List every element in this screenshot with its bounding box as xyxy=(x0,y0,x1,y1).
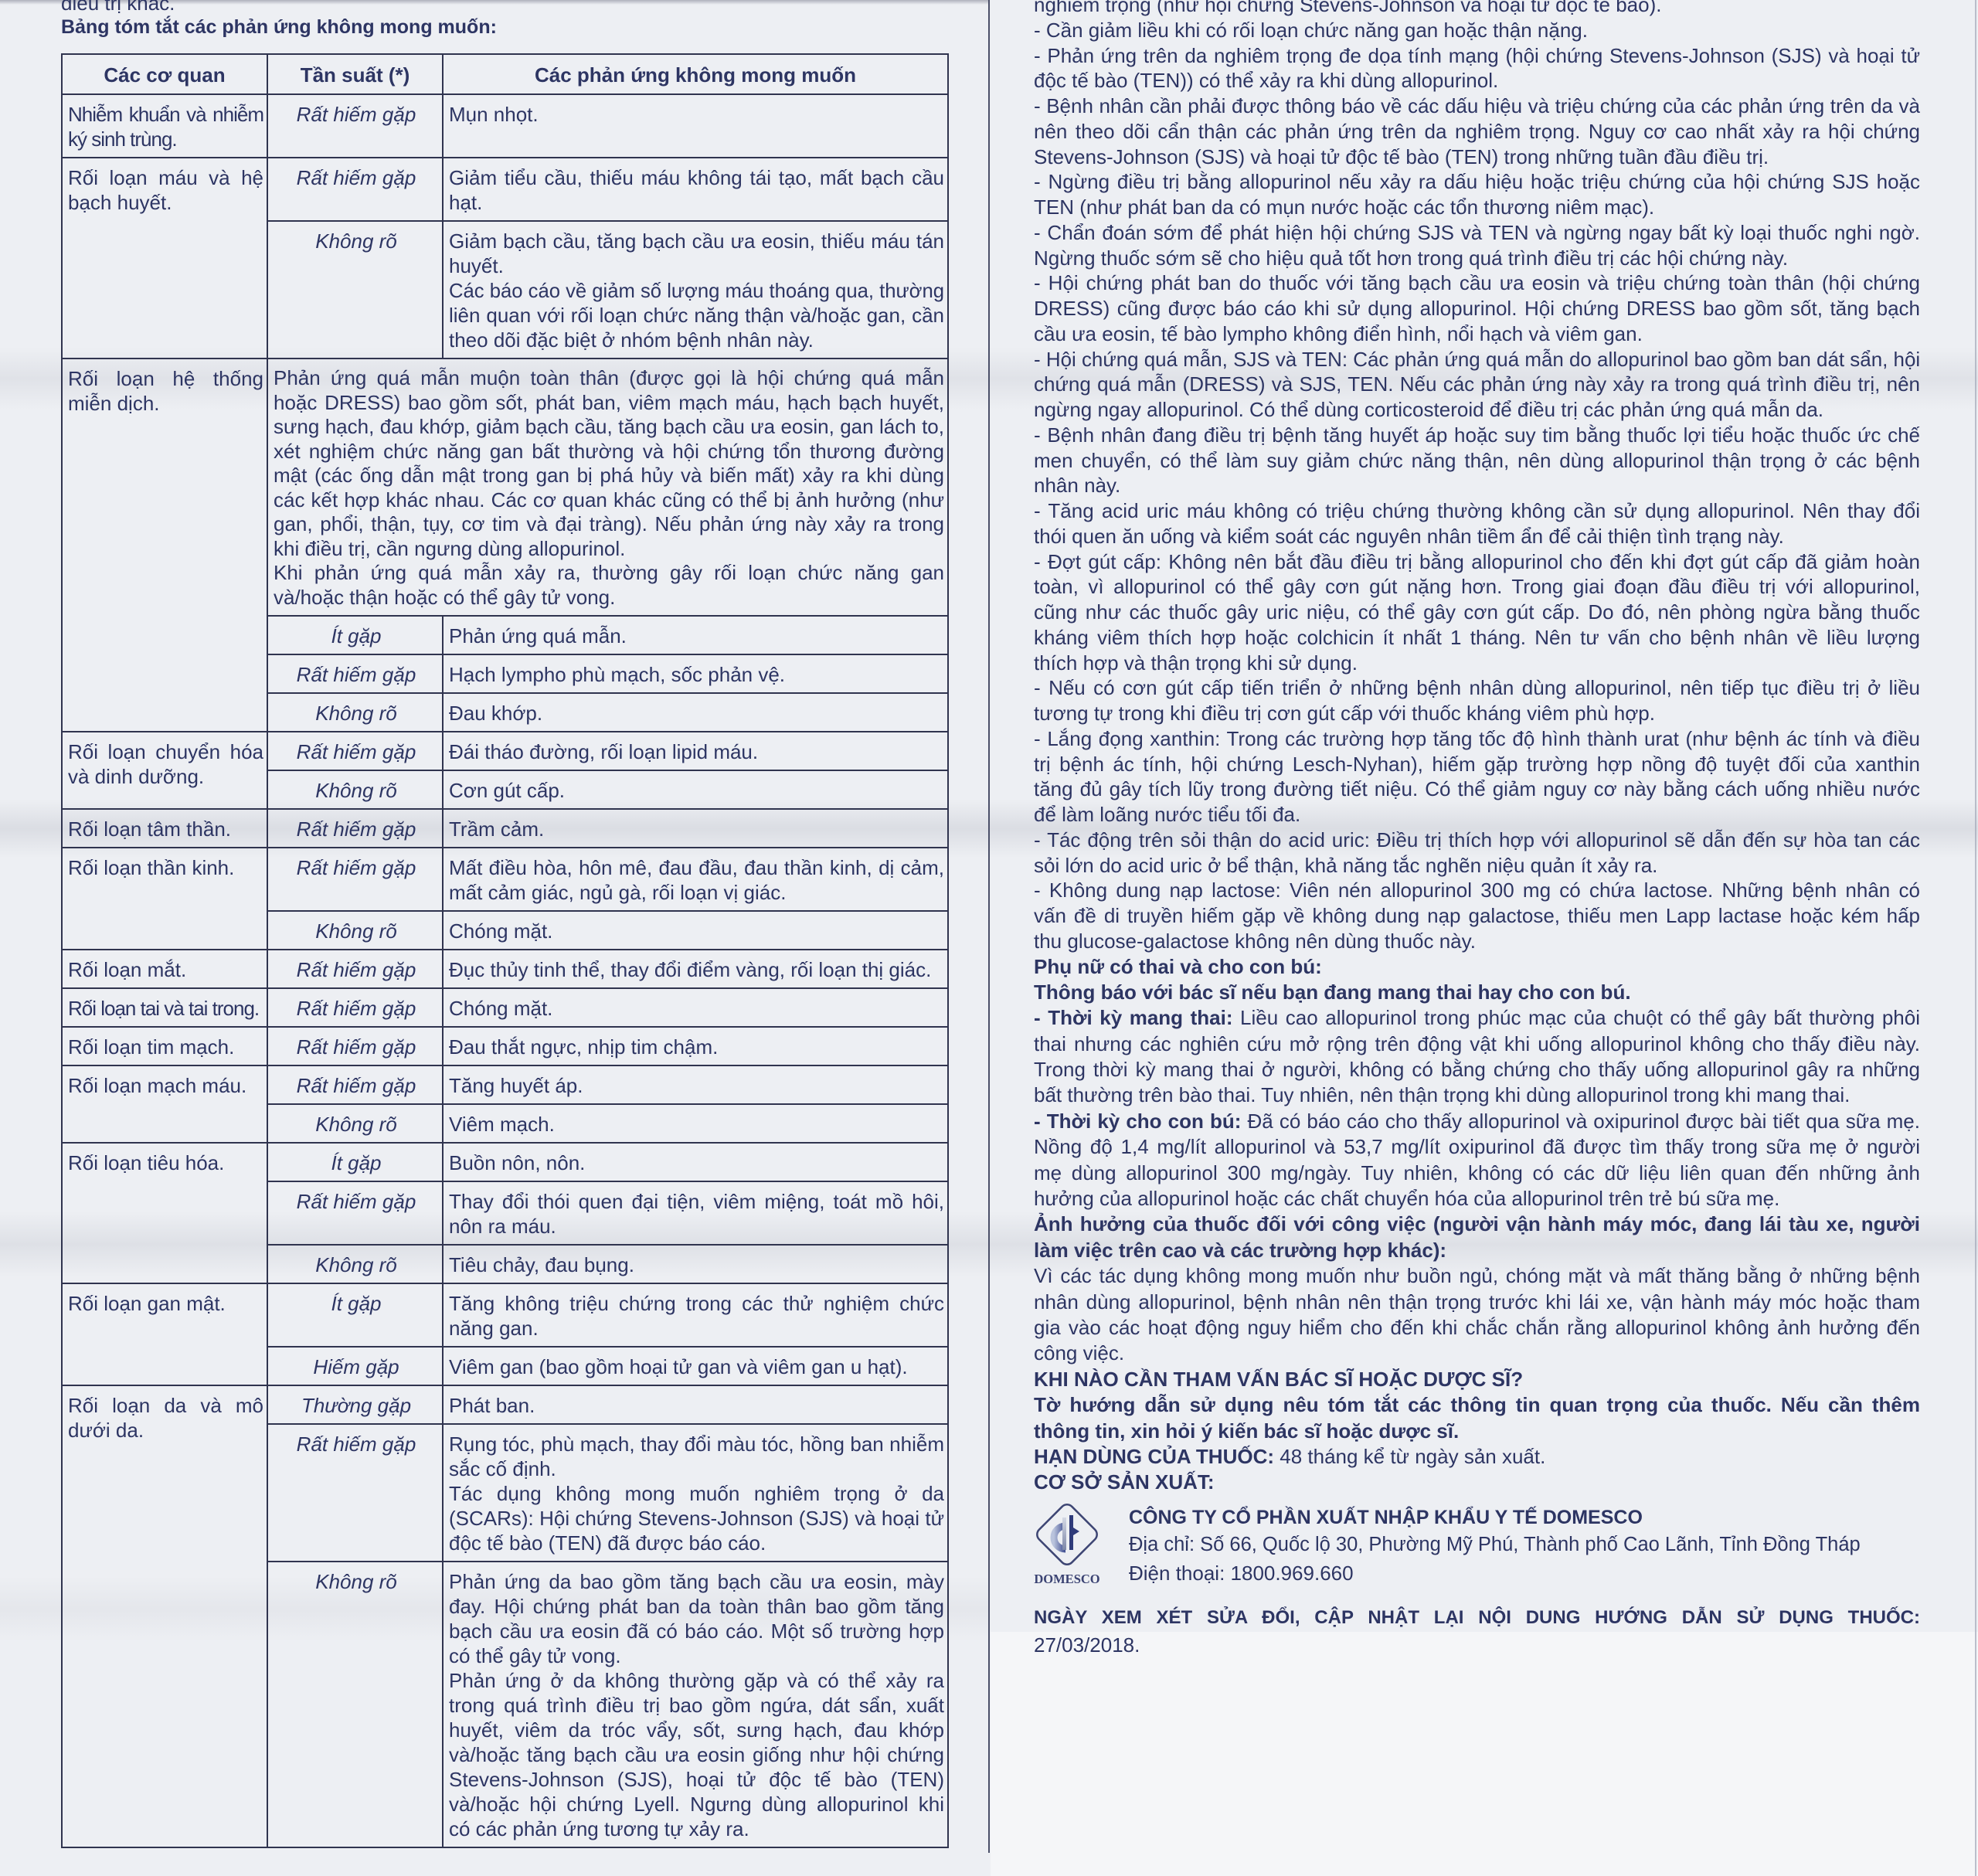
frequency-cell: Rất hiếm gặp xyxy=(267,809,443,848)
table-row: Rối loạn hệ thống miễn dịch. Phản ứng qu… xyxy=(62,359,948,616)
consultation-heading: KHI NÀO CẦN THAM VẤN BÁC SĨ HOẶC DƯỢC SĨ… xyxy=(1034,1367,1920,1392)
frequency-cell: Không rõ xyxy=(267,911,443,950)
text-line: kháng viêm thích hợp hoặc colchicin ít n… xyxy=(1034,625,1920,651)
reaction-line: các kết hợp khác nhau. Các cơ quan khác … xyxy=(274,488,944,513)
organ-cell: Rối loạn thần kinh. xyxy=(62,848,267,950)
company-address: Địa chỉ: Số 66, Quốc lộ 30, Phường Mỹ Ph… xyxy=(1129,1532,1861,1558)
paragraph: Vì các tác dụng không mong muốn như buồn… xyxy=(1034,1263,1920,1367)
text-line: nên theo dõi cẩn thận các phản ứng trên … xyxy=(1034,119,1920,144)
reaction-line: Giảm tiểu cầu, thiếu máu không tái tạo, … xyxy=(449,165,944,190)
reaction-cell: Tăng không triệu chứng trong các thử ngh… xyxy=(443,1283,948,1347)
frequency-label: Thường gặp xyxy=(301,1394,411,1417)
revision-date-label: NGÀY XEM XÉT SỬA ĐỔI, CẬP NHẬT LẠI NỘI D… xyxy=(1034,1605,1920,1630)
paragraph: - Lắng đọng xanthin: Trong các trường hợ… xyxy=(1034,726,1920,828)
paragraph: - Đợt gút cấp: Không nên bắt đầu điều tr… xyxy=(1034,549,1920,676)
organ-cell: Rối loạn chuyển hóa và dinh dưỡng. xyxy=(62,732,267,809)
organ-name: Rối loạn gan mật. xyxy=(68,1291,263,1316)
frequency-label: Rất hiếm gặp xyxy=(297,1190,416,1213)
frequency-label: Rất hiếm gặp xyxy=(297,817,416,841)
table-row: Rối loạn gan mật. Ít gặp Tăng không triệ… xyxy=(62,1283,948,1347)
text-line: - Thời kỳ mang thai: Liều cao allopurino… xyxy=(1034,1005,1920,1031)
pregnancy-section: Phụ nữ có thai và cho con bú: Thông báo … xyxy=(1034,954,1920,1496)
reaction-line: liên quan với rối loạn chức năng thận và… xyxy=(449,303,944,328)
reaction-line: sưng hạch, đau khớp, giảm bạch cầu, tăng… xyxy=(274,415,944,440)
reaction-line: Mụn nhọt. xyxy=(449,102,944,127)
reaction-line: Chóng mặt. xyxy=(449,996,944,1021)
frequency-label: Không rõ xyxy=(315,229,397,253)
text-line: cũng như các thuốc gây uric niệu, có thể… xyxy=(1034,600,1920,625)
table-title: Bảng tóm tắt các phản ứng không mong muố… xyxy=(61,15,497,40)
table-row: Rối loạn mắt. Rất hiếm gặp Đục thủy tinh… xyxy=(62,950,948,988)
reaction-line: Tăng huyết áp. xyxy=(449,1073,944,1098)
reaction-line: Stevens-Johnson (SJS), hoại tử độc tế bà… xyxy=(449,1767,944,1792)
reaction-line: gan, phổi, thận, tụy, cơ tim và đại tràn… xyxy=(274,512,944,537)
pregnancy-notice: Thông báo với bác sĩ nếu bạn đang mang t… xyxy=(1034,980,1920,1005)
manufacturer-heading: CƠ SỞ SẢN XUẤT: xyxy=(1034,1470,1920,1495)
frequency-label: Không rõ xyxy=(315,702,397,725)
frequency-cell: Không rõ xyxy=(267,693,443,732)
frequency-label: Không rõ xyxy=(315,1113,397,1136)
text-line: Stevens-Johnson (SJS) và hoại tử độc tế … xyxy=(1034,144,1920,170)
pregnancy-heading: Phụ nữ có thai và cho con bú: xyxy=(1034,954,1920,980)
table-row: Rối loạn tai và tai trong. Rất hiếm gặp … xyxy=(62,988,948,1027)
frequency-cell: Rất hiếm gặp xyxy=(267,158,443,221)
organ-cell: Rối loạn da và mô dưới da. xyxy=(62,1385,267,1847)
reaction-cell: Rụng tóc, phù mạch, thay đổi màu tóc, hồ… xyxy=(443,1424,948,1562)
reaction-cell: Viêm mạch. xyxy=(443,1104,948,1143)
shelf-life-label: HẠN DÙNG CỦA THUỐC: xyxy=(1034,1445,1274,1468)
shelf-life: HẠN DÙNG CỦA THUỐC: 48 tháng kể từ ngày … xyxy=(1034,1444,1920,1470)
text-line: nghiêm trọng (như hội chứng Stevens-John… xyxy=(1034,0,1920,18)
paragraph: - Bệnh nhân cần phải được thông báo về c… xyxy=(1034,93,1920,169)
header-organ: Các cơ quan xyxy=(62,54,267,94)
reaction-line: Các báo cáo về giảm số lượng máu thoáng … xyxy=(449,278,937,303)
reaction-cell: Giảm bạch cầu, tăng bạch cầu ưa eosin, t… xyxy=(443,221,948,359)
organ-cell: Rối loạn tim mạch. xyxy=(62,1027,267,1065)
reaction-line: độc tế bào (TEN) đã được báo cáo. xyxy=(449,1531,944,1555)
reaction-line: huyết, viêm da tróc vẩy, sốt, sưng hạch,… xyxy=(449,1718,944,1742)
reaction-line: Chóng mặt. xyxy=(449,919,944,943)
paragraph: - Bệnh nhân đang điều trị bệnh tăng huyế… xyxy=(1034,423,1920,498)
reaction-cell-wide: Phản ứng quá mẫn muộn toàn thân (được gọ… xyxy=(267,359,948,616)
frequency-cell: Hiếm gặp xyxy=(267,1347,443,1385)
organ-cell: Rối loạn mạch máu. xyxy=(62,1065,267,1143)
text-line: - Nếu có cơn gút cấp tiến triển ở những … xyxy=(1034,675,1920,701)
frequency-label: Rất hiếm gặp xyxy=(297,103,416,126)
frequency-label: Rất hiếm gặp xyxy=(297,1432,416,1456)
reaction-line: Buồn nôn, nôn. xyxy=(449,1150,944,1175)
frequency-cell: Ít gặp xyxy=(267,616,443,654)
text-run: Đã có báo cáo cho thấy allopurinol và ox… xyxy=(1247,1110,1920,1133)
table-row: Rối loạn máu và hệ bạch huyết. Rất hiếm … xyxy=(62,158,948,221)
reaction-line: Cơn gút cấp. xyxy=(449,778,944,803)
reaction-line: Khi phản ứng quá mẫn xảy ra, thường gây … xyxy=(274,561,944,586)
header-frequency: Tần suất (*) xyxy=(267,54,443,94)
frequency-cell: Không rõ xyxy=(267,1562,443,1847)
table-row: Nhiễm khuẩn và nhiễm ký sinh trùng. Rất … xyxy=(62,94,948,158)
reaction-line: Phản ứng quá mẫn. xyxy=(449,624,944,648)
left-column: điều trị khác. Bảng tóm tắt các phản ứng… xyxy=(61,0,947,1876)
precautions-section: nghiêm trọng (như hội chứng Stevens-John… xyxy=(1034,0,1920,954)
reaction-line: Đau thắt ngực, nhịp tim chậm. xyxy=(449,1035,944,1059)
reaction-cell: Phát ban. xyxy=(443,1385,948,1424)
reaction-cell: Giảm tiểu cầu, thiếu máu không tái tạo, … xyxy=(443,158,948,221)
text-line: thai nhưng các nghiên cứu mở rộng trên đ… xyxy=(1034,1031,1920,1057)
reaction-line: và/hoặc thận hoặc có thể gây tử vong. xyxy=(274,586,944,610)
reaction-cell: Phản ứng quá mẫn. xyxy=(443,616,948,654)
organ-cell: Rối loạn máu và hệ bạch huyết. xyxy=(62,158,267,359)
reaction-line: (SCARs): Hội chứng Stevens-Johnson (SJS)… xyxy=(449,1506,944,1531)
frequency-label: Rất hiếm gặp xyxy=(297,856,416,879)
text-line: - Chẩn đoán sớm để phát hiện hội chứng S… xyxy=(1034,220,1920,246)
reaction-line: Đau khớp. xyxy=(449,701,944,726)
text-line: TEN (như phát ban da có mụn nước hoặc cá… xyxy=(1034,195,1920,220)
reaction-line: Phát ban. xyxy=(449,1393,944,1418)
reaction-line: xét nghiệm chức năng gan bất thường và h… xyxy=(274,440,944,464)
reaction-cell: Tiêu chảy, đau bụng. xyxy=(443,1245,948,1283)
text-line: - Hội chứng quá mẫn, SJS và TEN: Các phả… xyxy=(1034,347,1918,372)
text-line: nhân này. xyxy=(1034,473,1920,498)
logo-wordmark: DOMESCO xyxy=(1034,1572,1099,1586)
organ-name: Rối loạn mạch máu. xyxy=(68,1073,263,1098)
reaction-cell: Chóng mặt. xyxy=(443,988,948,1027)
paragraph: - Thời kỳ cho con bú: Đã có báo cáo cho … xyxy=(1034,1109,1920,1212)
text-line: cầu ưa eosin, tế bào lympho không điển h… xyxy=(1034,321,1920,347)
text-line: độc tế bào (TEN)) có thể xảy ra khi dùng… xyxy=(1034,68,1920,93)
work-effects-heading: làm việc trên cao và các trường hợp khác… xyxy=(1034,1238,1920,1263)
frequency-cell: Rất hiếm gặp xyxy=(267,94,443,158)
text-line: DRESS) cũng được báo cáo khi sử dụng all… xyxy=(1034,296,1920,321)
paragraph: - Nếu có cơn gút cấp tiến triển ở những … xyxy=(1034,675,1920,726)
text-line: Nồng độ 1,4 mg/lít allopurinol và 53,7 m… xyxy=(1034,1134,1920,1160)
reaction-line: năng gan. xyxy=(449,1316,944,1341)
text-line: tương tự trong khi điều trị cơn gút cấp … xyxy=(1034,701,1920,726)
paragraph: - Ngừng điều trị bằng allopurinol nếu xả… xyxy=(1034,169,1920,220)
text-line: vấn đề di truyền hiếm gặp về không dung … xyxy=(1034,903,1920,929)
frequency-cell: Rất hiếm gặp xyxy=(267,1027,443,1065)
organ-name: Rối loạn tiêu hóa. xyxy=(68,1150,263,1175)
text-line: toàn, vì allopurinol có thể gây cơn gút … xyxy=(1034,574,1920,600)
table-header-row: Các cơ quan Tần suất (*) Các phản ứng kh… xyxy=(62,54,948,94)
frequency-cell: Không rõ xyxy=(267,770,443,809)
column-divider xyxy=(988,0,990,1853)
reaction-line: theo dõi đặc biệt ở nhóm bệnh nhân này. xyxy=(449,328,944,352)
reaction-line: và/hoặc tăng bạch cầu ưa eosin giống như… xyxy=(449,1742,944,1767)
text-line: - Tác động trên sỏi thận do acid uric: Đ… xyxy=(1034,828,1920,853)
frequency-cell: Rất hiếm gặp xyxy=(267,1181,443,1245)
reaction-line: Mất điều hòa, hôn mê, đau đầu, đau thần … xyxy=(449,855,944,880)
organ-name: Rối loạn máu và hệ bạch huyết. xyxy=(68,165,263,215)
reaction-cell: Đau khớp. xyxy=(443,693,948,732)
text-line: trị bệnh ác tính, hội chứng Lesch-Nyhan)… xyxy=(1034,752,1920,777)
text-line: - Tăng acid uric máu không có triệu chứn… xyxy=(1034,498,1920,524)
reaction-line: huyết. xyxy=(449,253,944,278)
text-line: Trong thời kỳ mang thai ở người, không c… xyxy=(1034,1057,1920,1082)
reaction-line: Tiêu chảy, đau bụng. xyxy=(449,1252,944,1277)
frequency-label: Rất hiếm gặp xyxy=(297,740,416,763)
reaction-line: Phản ứng quá mẫn muộn toàn thân (được gọ… xyxy=(274,366,944,391)
organ-name: Nhiễm khuẩn và nhiễm ký sinh trùng. xyxy=(68,102,263,151)
organ-name: Rối loạn hệ thống miễn dịch. xyxy=(68,366,263,416)
text-line: Vì các tác dụng không mong muốn như buồn… xyxy=(1034,1263,1920,1289)
reaction-line: Giảm bạch cầu, tăng bạch cầu ưa eosin, t… xyxy=(449,229,944,253)
paragraph: - Thời kỳ mang thai: Liều cao allopurino… xyxy=(1034,1005,1920,1109)
paragraph: - Hội chứng phát ban do thuốc với tăng b… xyxy=(1034,270,1920,346)
domesco-logo-icon: DOMESCO xyxy=(1031,1500,1103,1587)
text-line: tăng đủ gây tích lũy trong đường tiết ni… xyxy=(1034,777,1920,802)
table-row: Rối loạn tiêu hóa. Ít gặp Buồn nôn, nôn. xyxy=(62,1143,948,1181)
text-line: nhân dùng allopurinol, bệnh nhân nên thậ… xyxy=(1034,1290,1920,1315)
text-line: thích hợp và thận trọng khi sử dụng. xyxy=(1034,651,1920,676)
frequency-label: Rất hiếm gặp xyxy=(297,166,416,189)
reaction-cell: Viêm gan (bao gồm hoại tử gan và viêm ga… xyxy=(443,1347,948,1385)
reaction-cell: Đái tháo đường, rối loạn lipid máu. xyxy=(443,732,948,770)
revision-date: 27/03/2018. xyxy=(1034,1633,1140,1658)
text-line: - Hội chứng phát ban do thuốc với tăng b… xyxy=(1034,270,1920,296)
paragraph: - Tăng acid uric máu không có triệu chứn… xyxy=(1034,498,1920,549)
text-run: Liều cao allopurinol trong phúc mạc của … xyxy=(1240,1006,1920,1029)
reaction-line: mất cảm giác, ngủ gà, rối loạn vị giác. xyxy=(449,880,944,905)
organ-name: Rối loạn chuyển hóa và dinh dưỡng. xyxy=(68,739,263,789)
domesco-logo-graphic: DOMESCO xyxy=(1031,1500,1103,1587)
reaction-line: trong quá trình điều trị bao gồm ngứa, d… xyxy=(449,1693,944,1718)
adverse-reactions-table: Các cơ quan Tần suất (*) Các phản ứng kh… xyxy=(61,53,949,1848)
reaction-line: mật (các ống dẫn mật trong gan bị phá hủ… xyxy=(274,464,944,488)
frequency-cell: Không rõ xyxy=(267,221,443,359)
reaction-line: Tác dụng không mong muốn nghiêm trọng ở … xyxy=(449,1481,944,1506)
frequency-cell: Không rõ xyxy=(267,1104,443,1143)
text-line: men chuyển, có thể làm suy giảm chức năn… xyxy=(1034,448,1920,474)
frequency-label: Không rõ xyxy=(315,779,397,802)
right-column: nghiêm trọng (như hội chứng Stevens-John… xyxy=(1034,0,1920,1496)
pregnancy-period-label: - Thời kỳ mang thai: xyxy=(1034,1006,1232,1029)
reaction-line: Hạch lympho phù mạch, sốc phản vệ. xyxy=(449,662,944,687)
text-line: công việc. xyxy=(1034,1341,1920,1366)
reaction-cell: Phản ứng da bao gồm tăng bạch cầu ưa eos… xyxy=(443,1562,948,1847)
work-effects-heading: Ảnh hưởng của thuốc đối với công việc (n… xyxy=(1034,1212,1920,1237)
reaction-line: Phản ứng da bao gồm tăng bạch cầu ưa eos… xyxy=(449,1569,944,1594)
text-line: mẹ dùng allopurinol 300 mg/ngày. Tuy nhi… xyxy=(1034,1161,1920,1186)
table-row: Rối loạn tâm thần. Rất hiếm gặp Trầm cảm… xyxy=(62,809,948,848)
text-line: Ngừng thuốc sớm sẽ cho hiệu quả tốt hơn … xyxy=(1034,246,1920,271)
table-row: Rối loạn mạch máu. Rất hiếm gặp Tăng huy… xyxy=(62,1065,948,1104)
text-line: - Bệnh nhân đang điều trị bệnh tăng huyế… xyxy=(1034,423,1920,448)
reaction-cell: Đục thủy tinh thể, thay đổi điểm vàng, r… xyxy=(443,950,948,988)
reaction-cell: Mụn nhọt. xyxy=(443,94,948,158)
frequency-cell: Rất hiếm gặp xyxy=(267,1065,443,1104)
frequency-label: Không rõ xyxy=(315,1253,397,1276)
organ-cell: Rối loạn gan mật. xyxy=(62,1283,267,1385)
consultation-text: thông tin, xin hỏi ý kiến bác sĩ hoặc dư… xyxy=(1034,1419,1920,1444)
organ-name: Rối loạn tai và tai trong. xyxy=(68,996,263,1021)
reaction-cell: Hạch lympho phù mạch, sốc phản vệ. xyxy=(443,654,948,693)
company-name: CÔNG TY CỔ PHẦN XUẤT NHẬP KHẨU Y TẾ DOME… xyxy=(1129,1505,1643,1531)
reaction-line: Phản ứng ở da không thường gặp và có thể… xyxy=(449,1668,944,1693)
frequency-label: Rất hiếm gặp xyxy=(297,1074,416,1097)
reaction-cell: Mất điều hòa, hôn mê, đau đầu, đau thần … xyxy=(443,848,948,911)
organ-name: Rối loạn tim mạch. xyxy=(68,1035,263,1059)
organ-name: Rối loạn mắt. xyxy=(68,957,263,982)
paper-edge xyxy=(1975,0,1976,1876)
reaction-line: Đái tháo đường, rối loạn lipid máu. xyxy=(449,739,944,764)
text-line: ngừng ngay allopurinol. Có thể dùng cort… xyxy=(1034,397,1920,423)
frequency-label: Hiếm gặp xyxy=(313,1355,399,1378)
frequency-cell: Rất hiếm gặp xyxy=(267,732,443,770)
reaction-line: Thay đổi thói quen đại tiện, viêm miệng,… xyxy=(449,1189,944,1214)
company-phone: Điện thoại: 1800.969.660 xyxy=(1129,1561,1354,1586)
reaction-cell: Tăng huyết áp. xyxy=(443,1065,948,1104)
frequency-label: Ít gặp xyxy=(331,624,381,647)
text-line: - Đợt gút cấp: Không nên bắt đầu điều tr… xyxy=(1034,549,1920,575)
text-line: thói quen ăn uống và kiểm soát các nguyê… xyxy=(1034,524,1920,549)
text-line: - Cần giảm liều khi có rối loạn chức năn… xyxy=(1034,18,1920,43)
paragraph: nghiêm trọng (như hội chứng Stevens-John… xyxy=(1034,0,1920,18)
text-line: chứng quá mẫn (DRESS) và SJS, TEN. Nếu c… xyxy=(1034,372,1920,397)
reaction-cell: Cơn gút cấp. xyxy=(443,770,948,809)
frequency-cell: Rất hiếm gặp xyxy=(267,988,443,1027)
reaction-line: sắc cố định. xyxy=(449,1456,944,1481)
reaction-line: có thể gây tử vong. xyxy=(449,1643,944,1668)
reaction-line: và/hoặc hội chứng Lyell. Ngưng dùng allo… xyxy=(449,1792,944,1817)
frequency-label: Rất hiếm gặp xyxy=(297,663,416,686)
reaction-line: Tăng không triệu chứng trong các thử ngh… xyxy=(449,1291,944,1316)
text-line: - Không dung nạp lactose: Viên nén allop… xyxy=(1034,878,1920,903)
organ-cell: Rối loạn tiêu hóa. xyxy=(62,1143,267,1283)
organ-cell: Rối loạn mắt. xyxy=(62,950,267,988)
organ-cell: Nhiễm khuẩn và nhiễm ký sinh trùng. xyxy=(62,94,267,158)
reaction-cell: Đau thắt ngực, nhịp tim chậm. xyxy=(443,1027,948,1065)
text-line: - Ngừng điều trị bằng allopurinol nếu xả… xyxy=(1034,169,1920,195)
text-line: gia vào các hoạt động nguy hiểm cho đến … xyxy=(1034,1315,1920,1341)
frequency-cell: Ít gặp xyxy=(267,1143,443,1181)
reaction-line: Viêm gan (bao gồm hoại tử gan và viêm ga… xyxy=(449,1354,944,1379)
header-reactions: Các phản ứng không mong muốn xyxy=(443,54,948,94)
frequency-cell: Không rõ xyxy=(267,1245,443,1283)
organ-cell: Rối loạn tai và tai trong. xyxy=(62,988,267,1027)
organ-cell: Rối loạn tâm thần. xyxy=(62,809,267,848)
text-line: để làm loãng nước tiểu tối đa. xyxy=(1034,802,1920,828)
reaction-line: Viêm mạch. xyxy=(449,1112,944,1137)
reaction-line: bạch cầu ưa eosin đã có báo cáo. Một số … xyxy=(449,1619,944,1643)
reaction-cell: Thay đổi thói quen đại tiện, viêm miệng,… xyxy=(443,1181,948,1245)
frequency-cell: Ít gặp xyxy=(267,1283,443,1347)
table-row: Rối loạn da và mô dưới da. Thường gặp Ph… xyxy=(62,1385,948,1424)
reaction-line: hoặc DRESS) bao gồm sốt, phát ban, viêm … xyxy=(274,391,944,416)
table-row: Rối loạn thần kinh. Rất hiếm gặp Mất điề… xyxy=(62,848,948,911)
table-row: Rối loạn chuyển hóa và dinh dưỡng. Rất h… xyxy=(62,732,948,770)
text-line: - Phản ứng trên da nghiêm trọng đe dọa t… xyxy=(1034,43,1920,69)
reaction-line: Trầm cảm. xyxy=(449,817,944,841)
frequency-cell: Rất hiếm gặp xyxy=(267,950,443,988)
organ-name: Rối loạn thần kinh. xyxy=(68,855,263,880)
organ-name: Rối loạn tâm thần. xyxy=(68,817,263,841)
shelf-life-value: 48 tháng kể từ ngày sản xuất. xyxy=(1280,1445,1545,1468)
frequency-cell: Rất hiếm gặp xyxy=(267,848,443,911)
breastfeeding-label: - Thời kỳ cho con bú: xyxy=(1034,1110,1241,1133)
text-line: thu glucose-galactose không nên dùng thu… xyxy=(1034,929,1920,954)
frequency-label: Rất hiếm gặp xyxy=(297,1035,416,1059)
text-line: hưởng của allopurinol hoặc các chất chuy… xyxy=(1034,1186,1920,1212)
text-line: - Bệnh nhân cần phải được thông báo về c… xyxy=(1034,93,1920,119)
paragraph: - Phản ứng trên da nghiêm trọng đe dọa t… xyxy=(1034,43,1920,94)
paragraph: - Không dung nạp lactose: Viên nén allop… xyxy=(1034,878,1920,953)
reaction-cell: Buồn nôn, nôn. xyxy=(443,1143,948,1181)
reaction-cell: Trầm cảm. xyxy=(443,809,948,848)
reaction-line: Rụng tóc, phù mạch, thay đổi màu tóc, hồ… xyxy=(449,1432,944,1456)
paragraph: - Tác động trên sỏi thận do acid uric: Đ… xyxy=(1034,828,1920,879)
frequency-cell: Rất hiếm gặp xyxy=(267,654,443,693)
paragraph: - Hội chứng quá mẫn, SJS và TEN: Các phả… xyxy=(1034,347,1920,423)
frequency-cell: Thường gặp xyxy=(267,1385,443,1424)
frequency-label: Ít gặp xyxy=(331,1292,381,1315)
reaction-line: nôn ra máu. xyxy=(449,1214,944,1239)
reaction-line: hạt. xyxy=(449,190,944,215)
table-row: Rối loạn tim mạch. Rất hiếm gặp Đau thắt… xyxy=(62,1027,948,1065)
text-line: bất thường trên bào thai. Tuy nhiên, nên… xyxy=(1034,1082,1920,1108)
organ-cell: Rối loạn hệ thống miễn dịch. xyxy=(62,359,267,732)
text-line: - Thời kỳ cho con bú: Đã có báo cáo cho … xyxy=(1034,1109,1920,1134)
consultation-text: Tờ hướng dẫn sử dụng nêu tóm tắt các thô… xyxy=(1034,1392,1920,1418)
frequency-label: Không rõ xyxy=(315,1570,397,1593)
paragraph: - Chẩn đoán sớm để phát hiện hội chứng S… xyxy=(1034,220,1920,271)
carryover-text: điều trị khác. xyxy=(61,0,175,16)
frequency-label: Rất hiếm gặp xyxy=(297,997,416,1020)
reaction-line: có các phản ứng tương tự xảy ra. xyxy=(449,1817,944,1841)
frequency-label: Ít gặp xyxy=(331,1151,381,1174)
text-line: sỏi lớn do acid uric ở bể thận, khả năng… xyxy=(1034,853,1920,879)
paragraph: - Cần giảm liều khi có rối loạn chức năn… xyxy=(1034,18,1920,43)
reaction-line: Đục thủy tinh thể, thay đổi điểm vàng, r… xyxy=(449,957,944,982)
organ-name: Rối loạn da và mô dưới da. xyxy=(68,1393,263,1443)
frequency-label: Không rõ xyxy=(315,919,397,943)
frequency-cell: Rất hiếm gặp xyxy=(267,1424,443,1562)
text-line: - Lắng đọng xanthin: Trong các trường hợ… xyxy=(1034,726,1920,752)
reaction-line: khi điều trị, cần ngưng dùng allopurinol… xyxy=(274,537,944,562)
paper-highlight xyxy=(991,1632,1978,1876)
reaction-line: đay. Hội chứng phát ban da toàn thân bao… xyxy=(449,1594,944,1619)
frequency-label: Rất hiếm gặp xyxy=(297,958,416,981)
reaction-cell: Chóng mặt. xyxy=(443,911,948,950)
